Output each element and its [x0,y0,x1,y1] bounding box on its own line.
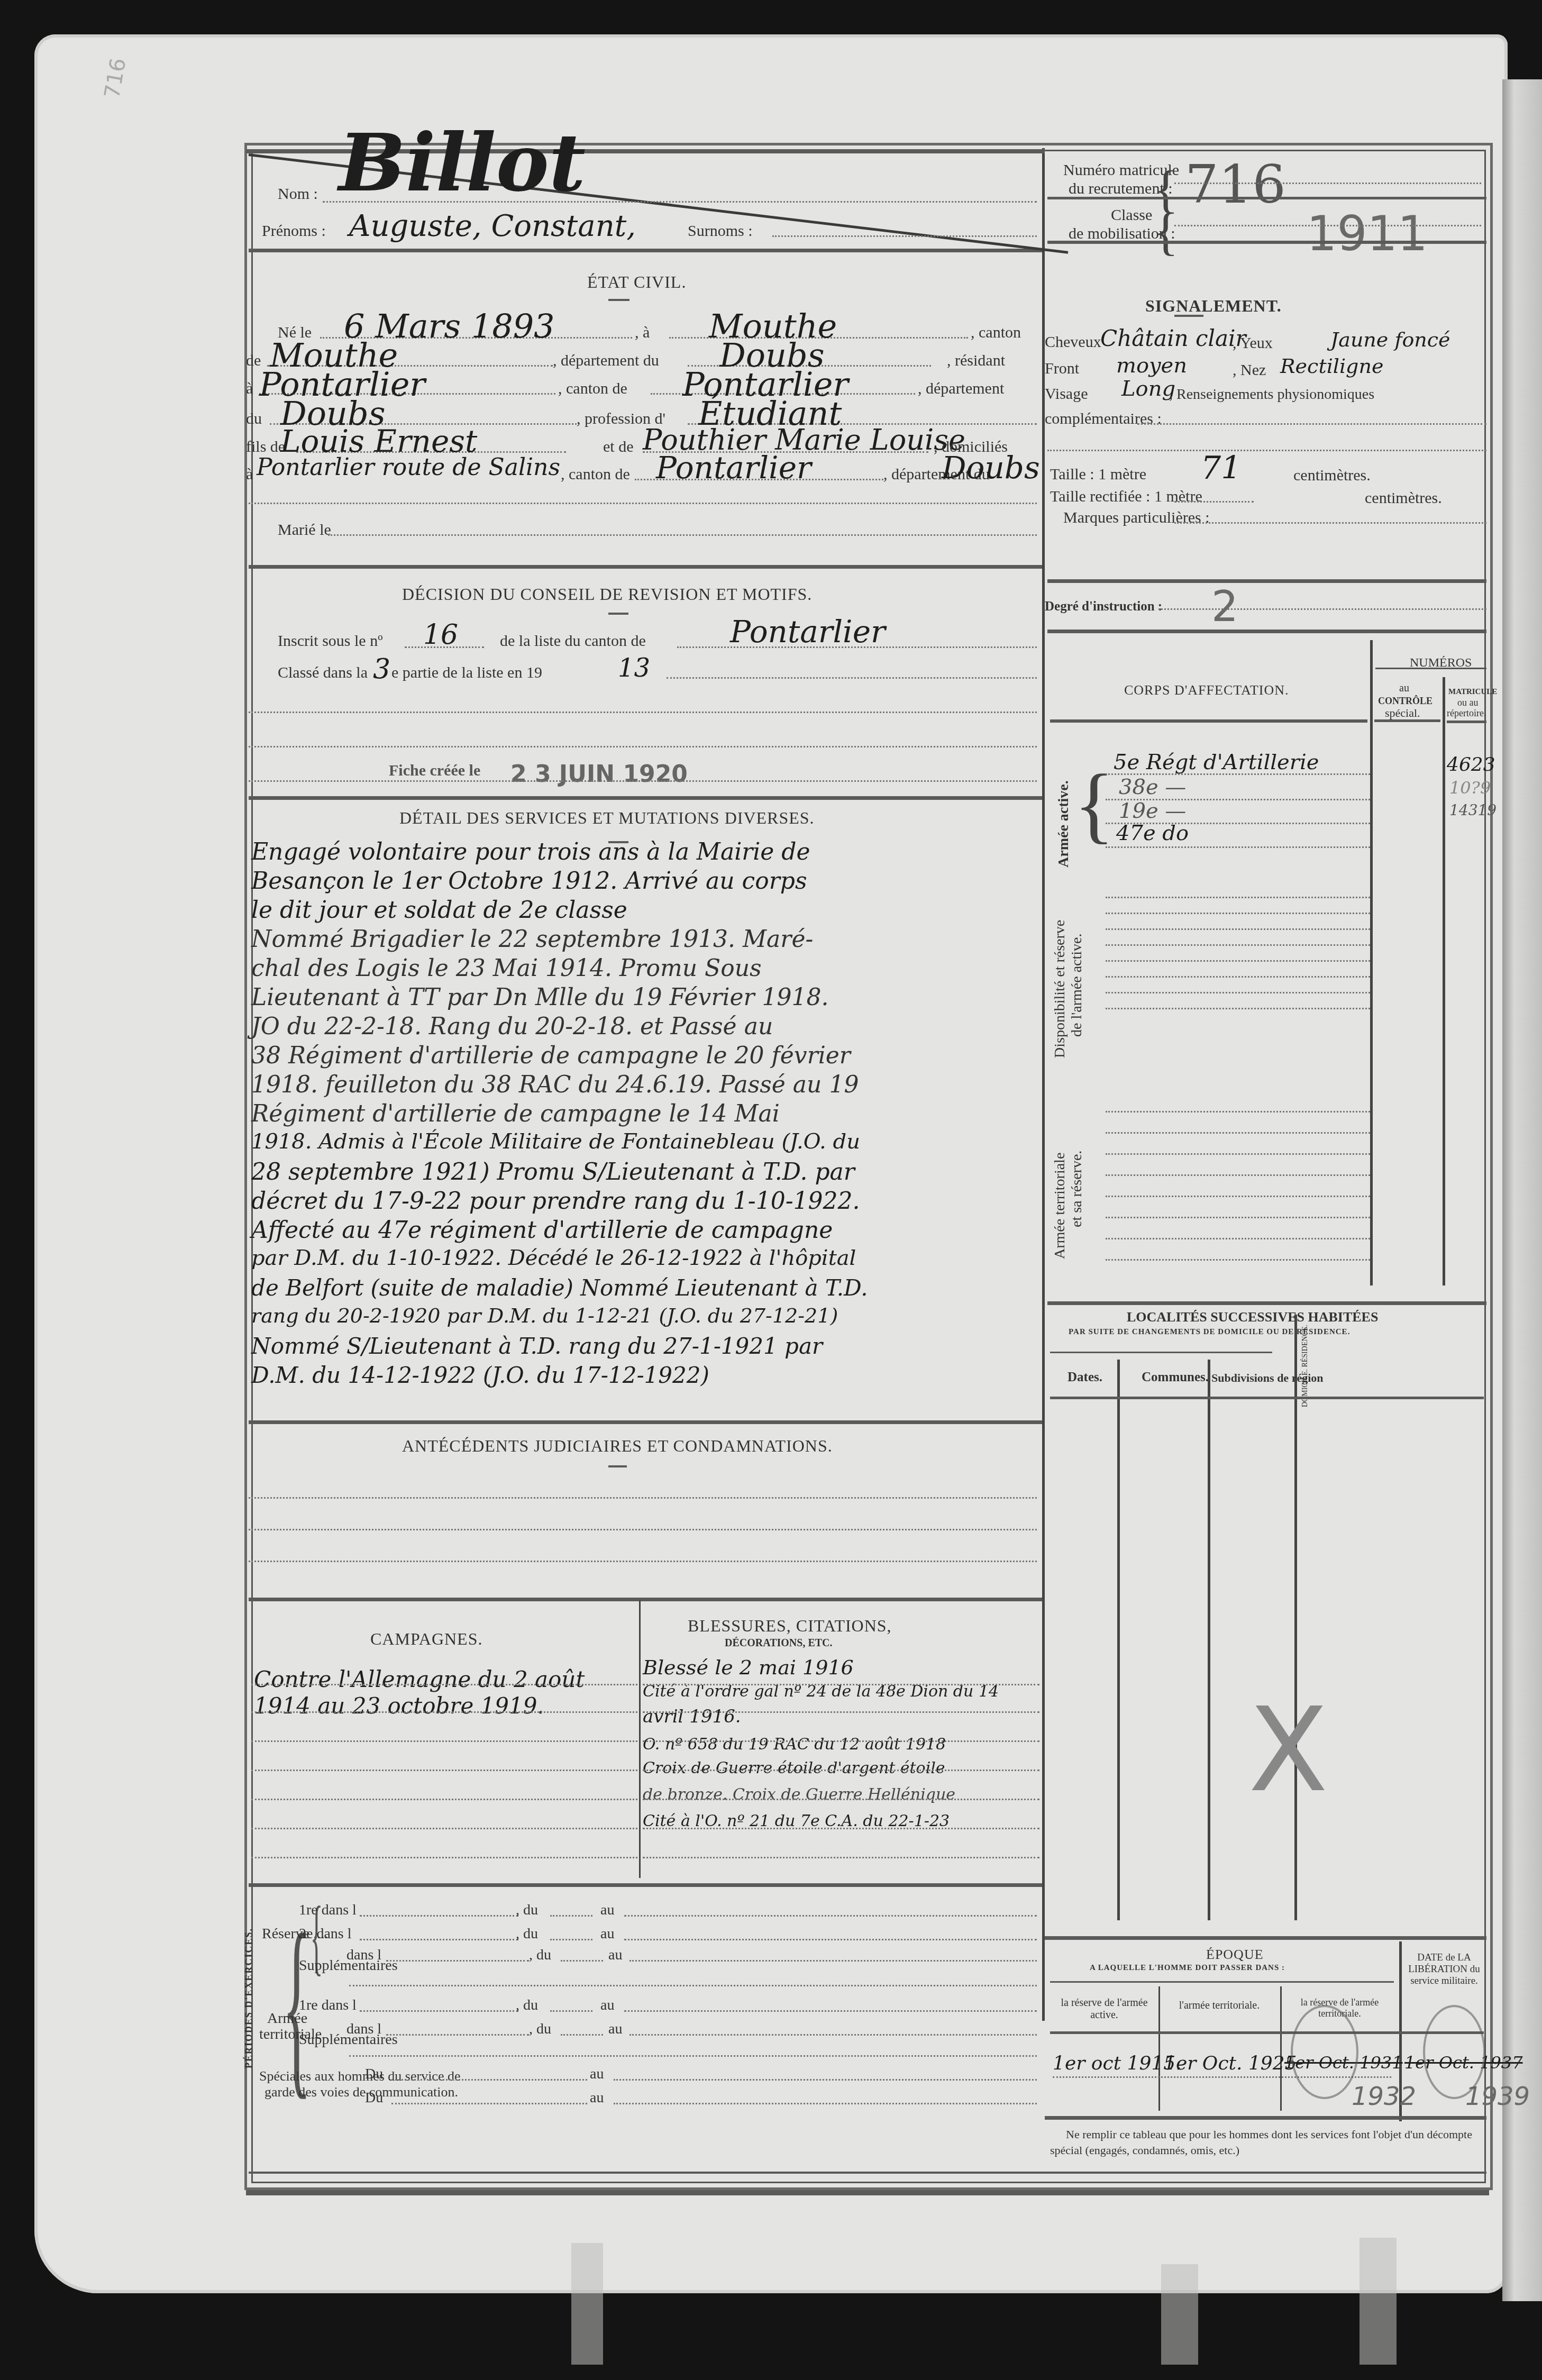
corps-row-4-value[interactable]: 47e do [1116,821,1189,845]
disponibilite-label-1: Disponibilité et réserve [1052,920,1069,1058]
fils-de-label: fils de [246,438,285,456]
canton-label: , canton [971,324,1021,342]
liste-canton-label: de la liste du canton de [500,632,646,650]
field-line [251,1799,637,1800]
reserve-2e-label: 2e dans l [299,1926,352,1943]
field-line [614,2103,1037,2104]
field-line [1174,501,1254,503]
section-rule [1447,721,1486,723]
au-label: au [590,2090,604,2107]
terr-1re-label: 1re dans l [299,1997,357,2014]
epoque-subtitle: A LAQUELLE L'HOMME DOIT PASSER DANS : [1090,1964,1285,1973]
bottom-rule [246,2190,1489,2195]
field-line [1106,1196,1370,1197]
services-body: Engagé volontaire pour trois ans à la Ma… [251,838,1039,1410]
tape-strip [1161,2264,1198,2365]
classe-label: Classe [1111,206,1152,224]
campagnes-line-2[interactable]: 1914 au 23 octobre 1919. [254,1693,544,1719]
domicile-departement-value[interactable]: Doubs [942,450,1040,486]
section-rule [1050,1397,1484,1399]
field-line [1106,1132,1370,1134]
field-line [1106,1111,1370,1113]
section-rule [249,1883,1042,1887]
service-line: chal des Logis le 23 Mai 1914. Promu Sou… [251,955,762,982]
field-line [1047,450,1486,451]
numeros-divider [1370,640,1373,1285]
matricule-field-line [1174,183,1481,184]
epoque-col-1-header: la réserve de l'armée active. [1053,1997,1156,2021]
subdivisions-divider [1294,1315,1297,1920]
field-line [1158,608,1486,610]
du-label: , du [516,1926,538,1943]
taille-unit: centimètres. [1293,467,1371,485]
field-line [249,712,1037,713]
field-line [1106,960,1370,962]
et-de-label: et de [603,438,633,456]
yeux-label: , Yeux [1233,334,1273,352]
service-line: JO du 22-2-18. Rang du 20-2-18. et Passé… [251,1013,773,1040]
signalement-title: SIGNALEMENT. [1145,296,1282,316]
field-line [643,1684,1039,1685]
section-rule [1045,1936,1486,1940]
speciales-label-1: Spéciales aux hommes du service de [259,2068,461,2084]
corps-row-1-matricule[interactable]: 4623 [1447,754,1495,776]
epoque-note: Ne remplir ce tableau que pour les homme… [1050,2127,1484,2158]
service-line: de Belfort (suite de maladie) Nommé Lieu… [251,1275,868,1301]
field-line [328,534,1037,536]
blessures-title: BLESSURES, CITATIONS, [688,1616,892,1636]
controle-col-line-2: CONTRÔLE [1378,696,1432,707]
liste-canton-value[interactable]: Pontarlier [730,614,886,650]
yeux-value[interactable]: Jaune foncé [1330,328,1450,351]
au-label: au [600,1902,614,1919]
numeros-brace [1375,668,1486,669]
domicile-value[interactable]: Pontarlier route de Salins [257,454,560,481]
decision-title: DÉCISION DU CONSEIL DE REVISION ET MOTIF… [402,585,812,604]
corps-row-3-matricule[interactable]: 14319 [1449,801,1497,819]
marie-label: Marié le [278,521,331,539]
service-line: 28 septembre 1921) Promu S/Lieutenant à … [251,1159,855,1186]
fiche-creee-stamp-label: Fiche créée le [389,762,480,780]
du-cap-label-1: Du [365,2066,383,2083]
marques-label: Marques particulières : [1063,509,1210,527]
field-line [1106,1008,1370,1009]
brace-icon: { [1153,201,1179,262]
field-line [391,2079,587,2081]
dates-header: Dates. [1067,1370,1102,1385]
field-line [1106,1153,1370,1155]
section-rule [1374,719,1440,722]
field-line [1106,846,1370,848]
blessures-line[interactable]: avril 1916. [643,1706,741,1727]
matricule-col-line-3: répertoire. [1447,708,1486,719]
title-underline [1174,315,1203,317]
service-line: rang du 20-2-1920 par D.M. du 1-12-21 (J… [251,1304,838,1327]
localites-title: LOCALITÉS SUCCESSIVES HABITÉES [1127,1309,1378,1325]
next-page-edge [1502,79,1542,2301]
field-line [249,1561,1037,1562]
field-line [360,1939,518,1940]
field-line [1106,928,1370,930]
field-line [614,2079,1037,2081]
campagnes-divider [639,1600,641,1878]
field-line [550,1915,592,1917]
header-rule [1047,241,1486,244]
section-rule [1050,719,1367,723]
a-label-3: à [246,466,253,484]
corps-row-2-value[interactable]: 38e — [1119,775,1186,799]
header-rule [1047,197,1486,199]
field-line [624,1939,1037,1940]
field-line [1106,1174,1370,1176]
services-title: DÉTAIL DES SERVICES ET MUTATIONS DIVERSE… [399,808,815,828]
du-label: , du [529,1947,551,1964]
column-divider [1042,148,1045,2021]
front-value[interactable]: moyen [1116,353,1187,378]
service-line: 38 Régiment d'artillerie de campagne le … [251,1042,851,1069]
field-line [360,2010,518,2012]
field-line [251,1857,637,1858]
residant-label: , résidant [947,352,1005,370]
classe-field-line [1174,225,1481,226]
epoque-col-1-value[interactable]: 1er oct 1915. [1053,2053,1182,2074]
nom-value[interactable]: Billot [339,116,586,209]
cheveux-label: Cheveux [1045,333,1101,351]
reserve-1re-label: 1re dans l [299,1902,357,1919]
field-line [667,677,1037,679]
section-rule [1047,1301,1486,1305]
etat-civil-title: ÉTAT CIVIL. [587,272,686,292]
field-line [1106,1259,1370,1261]
speciales-label-2: garde des voies de communication. [264,2084,458,2100]
service-line: Engagé volontaire pour trois ans à la Ma… [251,838,810,865]
a-label: , à [635,324,650,342]
antecedents-title: ANTÉCÉDENTS JUDICIAIRES ET CONDAMNATIONS… [402,1436,833,1456]
annee-value[interactable]: 13 [618,653,650,683]
matricule-col-line-2: ou au [1457,697,1479,708]
blessures-line[interactable]: O. nº 658 du 19 RAC du 12 août 1918 [643,1735,946,1754]
classe-partie-value[interactable]: 3 [373,653,390,685]
partie-label: e partie de la liste en 19 [391,664,542,682]
epoque-col-divider [1158,1986,1160,2111]
field-line [251,1684,637,1685]
armee-active-label: Armée active. [1055,780,1072,868]
renseignements-label: , Renseignements physionomiques [1169,386,1374,403]
service-line: décret du 17-9-22 pour prendre rang du 1… [251,1188,860,1215]
epoque-col-3-correction: 1932 [1352,2082,1416,2111]
epoque-title: ÉPOQUE [1206,1947,1264,1963]
taille-rectifiee-unit: centimètres. [1365,489,1442,507]
tape-strip [571,2243,603,2365]
epoque-brace [1050,1981,1394,1983]
title-underline [608,299,629,301]
disponibilite-label-2: de l'armée active. [1069,934,1085,1037]
corps-row-2-matricule[interactable]: 10?9 [1449,778,1491,798]
section-rule [249,796,1042,800]
instruction-value[interactable]: 2 [1211,582,1238,631]
corps-title: CORPS D'AFFECTATION. [1124,682,1289,698]
field-line [1106,897,1370,898]
domicile-canton-value[interactable]: Pontarlier [656,450,811,486]
service-line: par D.M. du 1-10-1922. Décédé le 26-12-1… [251,1246,856,1270]
complementaires-label: complémentaires : [1045,410,1162,428]
service-line: 1918. feuilleton du 38 RAC du 24.6.19. P… [251,1071,859,1098]
service-line: le dit jour et soldat de 2e classe [251,897,627,924]
surnoms-field-line [772,235,1037,237]
periodes-side-label: PÉRIODES D'EXERCICES. [243,1928,254,2068]
liberation-header: DATE de LA LIBÉRATION du service militai… [1404,1952,1484,1987]
localites-cross-mark: X [1248,1682,1328,1818]
controle-col-line-1: au [1399,682,1409,695]
corps-row-1-value[interactable]: 5e Régt d'Artillerie [1114,750,1319,774]
inscrit-value[interactable]: 16 [423,619,458,651]
corps-row-3-value[interactable]: 19e — [1119,799,1186,823]
domicile-side-header: DOMICILE. RÉSIDENCE. [1301,1325,1310,1407]
localites-brace [1050,1352,1272,1353]
field-line [1174,522,1486,524]
field-line [643,1740,1039,1742]
field-line [349,1985,1037,1986]
taille-label: Taille : 1 mètre [1050,466,1146,484]
visage-value[interactable]: Long [1121,377,1175,401]
field-line [643,1799,1039,1800]
field-line [251,1740,637,1742]
taille-value[interactable]: 71 [1201,450,1241,487]
field-line [349,2055,1037,2057]
section-rule [1050,2031,1484,2034]
field-line [643,1828,1039,1829]
field-line [1106,944,1370,946]
du-label: , du [529,2021,551,2038]
field-line [249,746,1037,747]
field-line [624,1915,1037,1917]
blessures-line[interactable]: Blessé le 2 mai 1916 [643,1656,854,1679]
service-line: Régiment d'artillerie de campagne le 14 … [251,1100,780,1127]
communes-divider [1208,1360,1210,1920]
blessures-line[interactable]: de bronze. Croix de Guerre Hellénique [643,1785,955,1804]
section-rule [1045,2116,1486,2120]
field-line [629,2034,1037,2036]
au-label: au [608,2021,622,2038]
official-stamp [1291,2005,1358,2099]
classe-dans-label: Classé dans la [278,664,368,682]
field-line [251,1828,637,1829]
field-line [550,2010,592,2012]
field-line [1137,423,1486,425]
nez-value[interactable]: Rectiligne [1280,354,1383,378]
field-line [249,780,1037,782]
fiche-creee-stamp-date: 2 3 JUIN 1920 [510,761,688,788]
field-line [561,1960,603,1962]
canton-de-label: , canton de [558,380,627,398]
section-rule [1047,579,1486,583]
epoque-col-2-header: l'armée territoriale. [1164,2000,1275,2012]
au-label: au [590,2066,604,2083]
territoriale-label-1: Armée territoriale [1052,1153,1069,1259]
section-rule [249,1598,1042,1601]
field-line [629,1960,1037,1962]
field-line [251,1770,637,1771]
instruction-label: Degré d'instruction : [1045,599,1162,614]
au-label: au [600,1926,614,1943]
title-underline [608,613,628,615]
tape-strip [1359,2238,1397,2365]
service-line: Besançon le 1er Octobre 1912. Arrivé au … [251,868,807,895]
dans-label: dans l [346,2021,381,2038]
field-line [643,1711,1039,1713]
field-line [1106,1217,1370,1218]
section-rule [1047,630,1486,633]
dates-divider [1117,1360,1120,1920]
field-line [561,2034,603,2036]
epoque-col-divider [1280,1986,1282,2111]
prenoms-label: Prénoms : [262,222,326,240]
du-label: , du [516,1997,538,2014]
field-line [249,1529,1037,1530]
section-rule [249,1420,1042,1424]
territoriale-label-2: et sa réserve. [1069,1151,1085,1227]
field-line [1106,976,1370,978]
field-line [360,1915,518,1917]
controle-col-line-3: spécial. [1385,706,1420,720]
service-line: D.M. du 14-12-1922 (J.O. du 17-12-1922) [251,1362,709,1388]
matricule-col-line-1: MATRICULE [1448,688,1497,697]
au-label: au [600,1997,614,2014]
service-line: Lieutenant à TT par Dn Mlle du 19 Févrie… [251,984,829,1011]
blessures-subtitle: DÉCORATIONS, ETC. [725,1637,833,1649]
surnoms-label: Surnoms : [688,222,753,240]
taille-rectifiee-label: Taille rectifiée : 1 mètre [1050,488,1202,506]
nez-label: , Nez [1233,361,1266,379]
epoque-col-2-value[interactable]: 1er Oct. 1925 [1164,2053,1297,2074]
field-line [386,1960,529,1962]
field-line [550,1939,592,1940]
field-line [643,1770,1039,1771]
title-underline [608,1465,627,1467]
field-line [1106,992,1370,993]
dans-label: dans l [346,1947,381,1964]
field-line [643,1857,1039,1858]
field-line [386,2034,529,2036]
cheveux-value[interactable]: Châtain clair [1100,325,1246,351]
service-line: Nommé S/Lieutenant à T.D. rang du 27-1-1… [251,1333,823,1359]
du-cap-label-2: Du [365,2090,383,2107]
field-line [249,503,1037,504]
du-label: du [246,410,262,428]
matricule-value[interactable]: 716 [1185,153,1286,215]
field-line [391,2103,587,2104]
campagnes-line-1[interactable]: Contre l'Allemagne du 2 août [254,1666,585,1692]
front-label: Front [1045,360,1079,378]
field-line [249,1497,1037,1499]
a-label-2: à [246,380,253,398]
field-line [624,2010,1037,2012]
visage-label: Visage [1045,385,1088,403]
field-line [1106,913,1370,914]
inscrit-label: Inscrit sous le nº [278,632,382,650]
header-rule [249,249,1042,252]
service-line: 1918. Admis à l'École Militaire de Fonta… [251,1129,860,1154]
field-line [251,1711,637,1713]
campagnes-title: CAMPAGNES. [370,1629,482,1649]
official-stamp [1423,2005,1485,2099]
communes-header: Communes. [1142,1370,1209,1385]
service-line: Nommé Brigadier le 22 septembre 1913. Ma… [251,926,813,953]
bottom-rule [249,2172,1486,2174]
departement-label-2: , département [918,380,1004,398]
section-rule [249,565,1042,569]
nom-label: Nom : [278,185,318,203]
departement-label: , département du [553,352,659,370]
prenoms-value[interactable]: Auguste, Constant, [349,209,636,243]
canton-de-label-2: , canton de [561,466,630,484]
field-line [1106,1238,1370,1239]
au-label: au [608,1947,622,1964]
classe-value[interactable]: 1911 [1307,206,1428,262]
service-line: Affecté au 47e régiment d'artillerie de … [251,1217,833,1244]
du-label: , du [516,1902,538,1919]
matricule-divider [1443,677,1445,1285]
blessures-line[interactable]: Croix de Guerre étoile d'argent étoile [643,1759,945,1777]
